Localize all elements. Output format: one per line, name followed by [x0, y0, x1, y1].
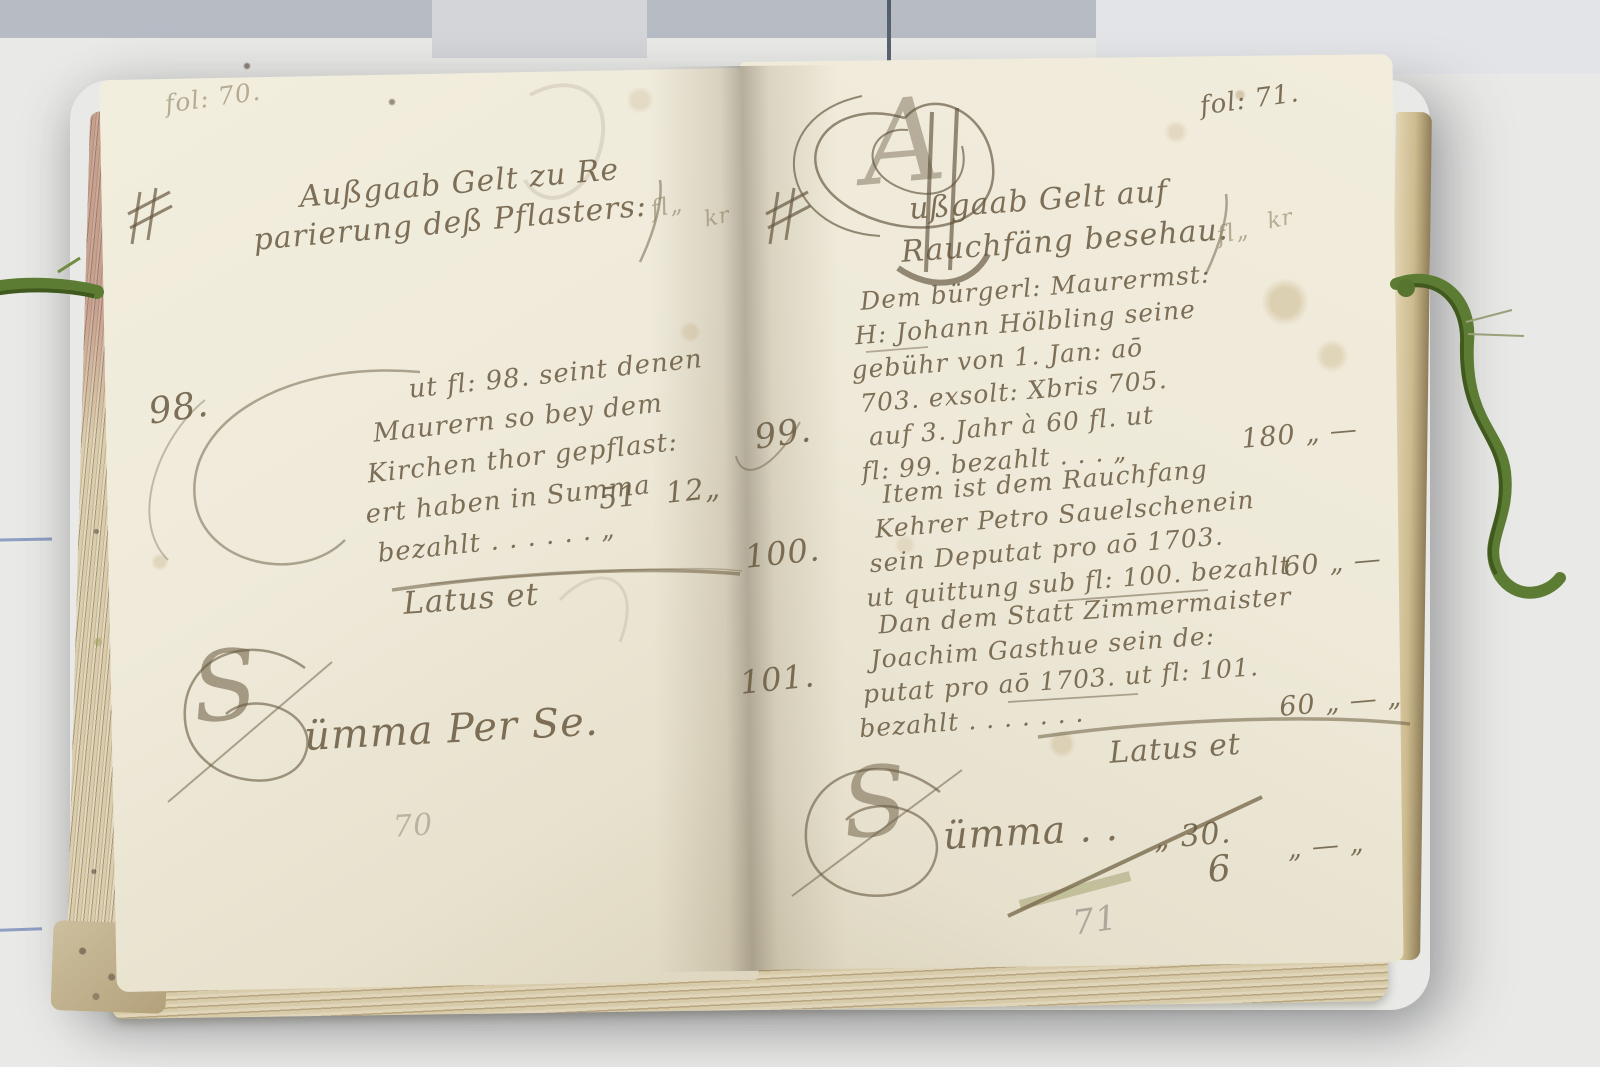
summa-amount-sub: 6 — [1206, 848, 1233, 891]
column-mark-kr-left: kr — [702, 203, 732, 233]
entry-98-text: ut fl: 98. seint denen Maurern so bey de… — [349, 339, 721, 575]
entry-number-98: 98. — [146, 384, 211, 433]
column-mark-kr-right: kr — [1265, 205, 1295, 235]
summa-initial-left: S — [188, 645, 262, 728]
page-number-right: 71 — [1070, 898, 1120, 944]
page-number-left: 70 — [392, 807, 435, 845]
entry-number-101: 101. — [738, 656, 817, 702]
summa-initial-right: S — [838, 761, 912, 844]
entry-98-amount-fl: 51 — [597, 478, 639, 516]
white-sheet-top-center — [432, 0, 647, 58]
summa-label-right: ümma . . — [942, 805, 1120, 858]
heading-initial-right: A — [858, 93, 950, 192]
entry-number-100: 100. — [743, 530, 822, 576]
entry-98-amount-kr: 12„ — [664, 470, 722, 510]
entry-number-99: 99. — [752, 410, 814, 458]
photo-of-open-ledger: fol: 70. Außgaab Gelt zu Re parierung de… — [0, 0, 1600, 1067]
